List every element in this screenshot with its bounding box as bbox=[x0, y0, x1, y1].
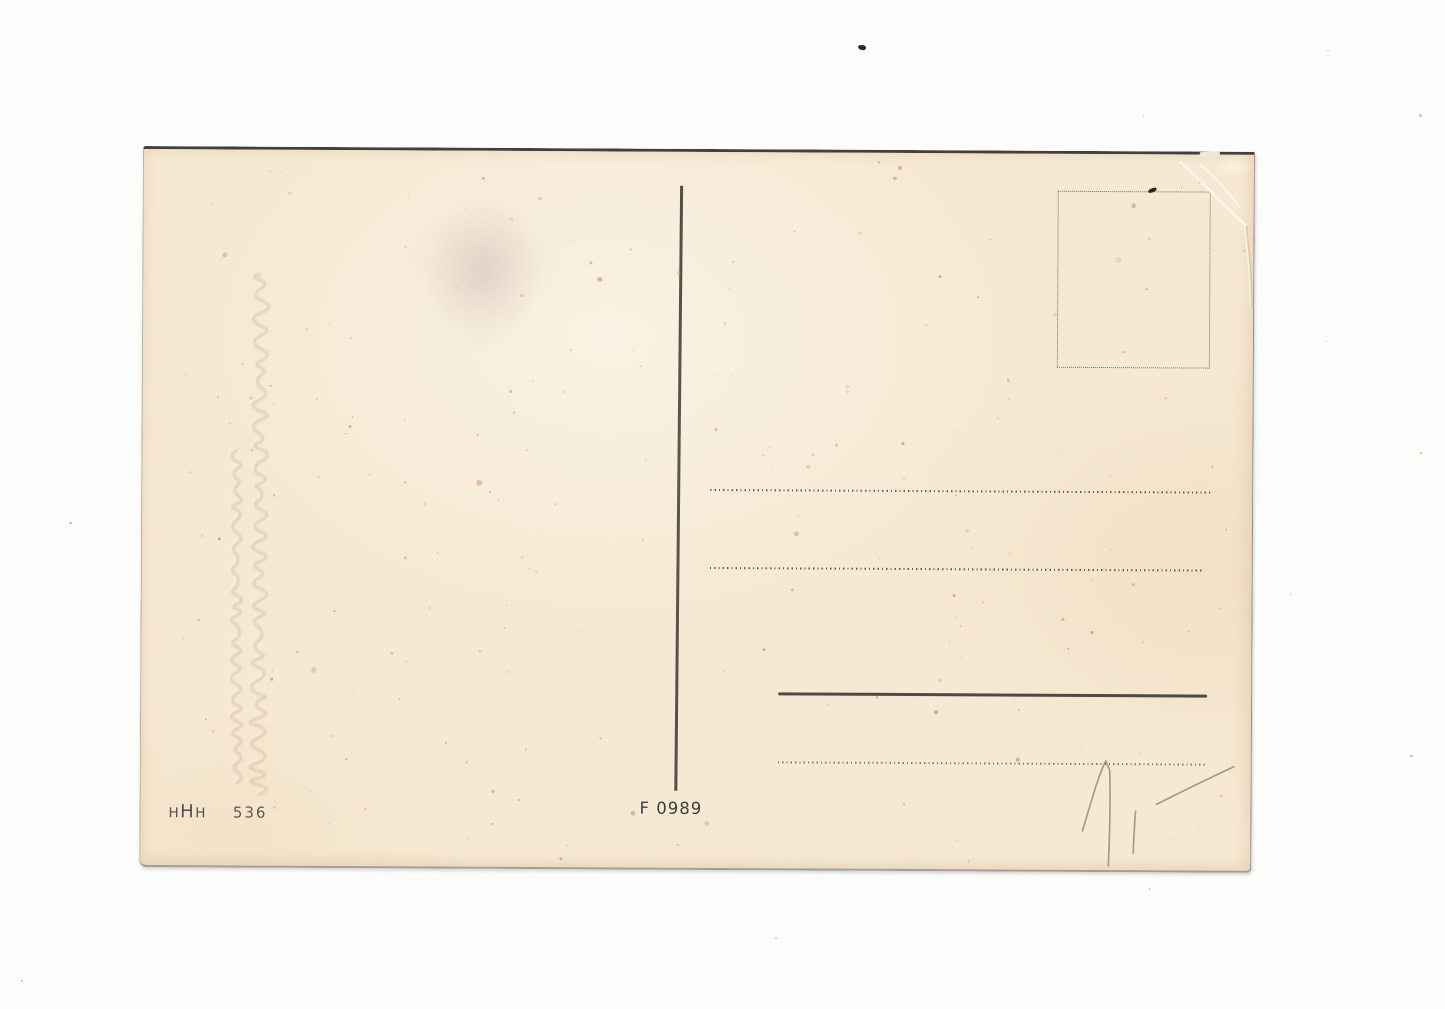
publisher-letter: H bbox=[168, 805, 180, 821]
corner-highlight bbox=[1123, 154, 1254, 265]
publisher-mark: H H H 536 bbox=[168, 801, 267, 823]
reference-number: F 0989 bbox=[639, 799, 702, 818]
address-line-1 bbox=[710, 489, 1210, 494]
dust-speck bbox=[857, 44, 866, 51]
address-rule-line bbox=[778, 692, 1207, 697]
publisher-number: 536 bbox=[233, 803, 268, 821]
print-show-through-smudge bbox=[423, 195, 542, 351]
publisher-letter: H bbox=[180, 801, 195, 822]
address-line-2 bbox=[710, 567, 1204, 572]
address-line-3 bbox=[778, 761, 1205, 765]
divider-line bbox=[674, 186, 682, 791]
scanned-postcard-photo: H H H 536 F 0989 bbox=[0, 0, 1445, 1009]
publisher-letter: H bbox=[195, 805, 207, 821]
postcard-back: H H H 536 F 0989 bbox=[139, 146, 1255, 873]
foxing-speck-layer bbox=[144, 149, 1254, 155]
